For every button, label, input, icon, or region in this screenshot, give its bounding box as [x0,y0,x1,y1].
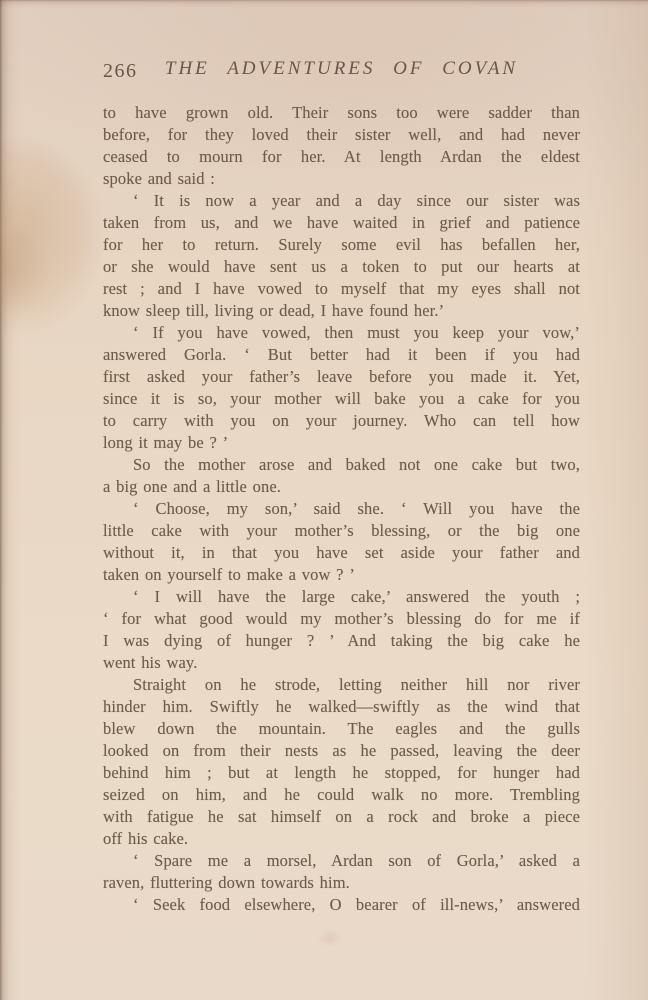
paragraph: ‘ It is now a year and a day since our s… [103,190,580,322]
paragraph: So the mother arose and baked not one ca… [103,454,580,498]
text-line: I was dying of hunger ? ’ And taking the… [103,630,580,652]
paragraph: ‘ Choose, my son,’ said she. ‘ Will you … [103,498,580,586]
text-line: ‘ for what good would my mother’s blessi… [103,608,580,630]
text-line: little cake with your mother’s blessing,… [103,520,580,542]
paragraph: ‘ I will have the large cake,’ answered … [103,586,580,674]
text-line: taken from us, and we have waited in gri… [103,212,580,234]
text-line: spoke and said : [103,168,580,190]
book-page: 266 THE ADVENTURES OF COVAN to have grow… [0,0,648,1000]
text-line: ‘ Seek food elsewhere, O bearer of ill-n… [103,894,580,916]
text-line: hinder him. Swiftly he walked—swiftly as… [103,696,580,718]
text-line: So the mother arose and baked not one ca… [103,454,580,476]
text-line: Straight on he strode, letting neither h… [103,674,580,696]
paragraph: Straight on he strode, letting neither h… [103,674,580,850]
text-line: ‘ If you have vowed, then must you keep … [103,322,580,344]
text-line: without it, in that you have set aside y… [103,542,580,564]
paragraph: ‘ If you have vowed, then must you keep … [103,322,580,454]
text-line: since it is so, your mother will bake yo… [103,388,580,410]
text-line: looked on from their nests as he passed,… [103,740,580,762]
text-line: to carry with you on your journey. Who c… [103,410,580,432]
text-line: or she would have sent us a token to put… [103,256,580,278]
text-line: answered Gorla. ‘ But better had it been… [103,344,580,366]
text-line: ceased to mourn for her. At length Ardan… [103,146,580,168]
running-header: 266 THE ADVENTURES OF COVAN [103,58,580,85]
page-number: 266 [103,60,138,83]
text-line: a big one and a little one. [103,476,580,498]
text-line: ‘ It is now a year and a day since our s… [103,190,580,212]
body-text: to have grown old. Their sons too were s… [103,102,580,916]
paragraph: to have grown old. Their sons too were s… [103,102,580,190]
text-line: ‘ Spare me a morsel, Ardan son of Gorla,… [103,850,580,872]
text-line: ‘ Choose, my son,’ said she. ‘ Will you … [103,498,580,520]
text-line: rest ; and I have vowed to myself that m… [103,278,580,300]
text-line: behind him ; but at length he stopped, f… [103,762,580,784]
text-line: before, for they loved their sister well… [103,124,580,146]
text-line: to have grown old. Their sons too were s… [103,102,580,124]
text-line: know sleep till, living or dead, I have … [103,300,580,322]
text-line: first asked your father’s leave before y… [103,366,580,388]
text-line: off his cake. [103,828,580,850]
text-line: went his way. [103,652,580,674]
text-line: ‘ I will have the large cake,’ answered … [103,586,580,608]
text-line: blew down the mountain. The eagles and t… [103,718,580,740]
text-line: long it may be ? ’ [103,432,580,454]
text-line: taken on yourself to make a vow ? ’ [103,564,580,586]
paragraph: ‘ Seek food elsewhere, O bearer of ill-n… [103,894,580,916]
running-header-title: THE ADVENTURES OF COVAN [103,58,580,80]
text-line: seized on him, and he could walk no more… [103,784,580,806]
text-line: with fatigue he sat himself on a rock an… [103,806,580,828]
text-line: for her to return. Surely some evil has … [103,234,580,256]
paragraph: ‘ Spare me a morsel, Ardan son of Gorla,… [103,850,580,894]
text-line: raven, fluttering down towards him. [103,872,580,894]
page-content: 266 THE ADVENTURES OF COVAN to have grow… [103,58,580,916]
